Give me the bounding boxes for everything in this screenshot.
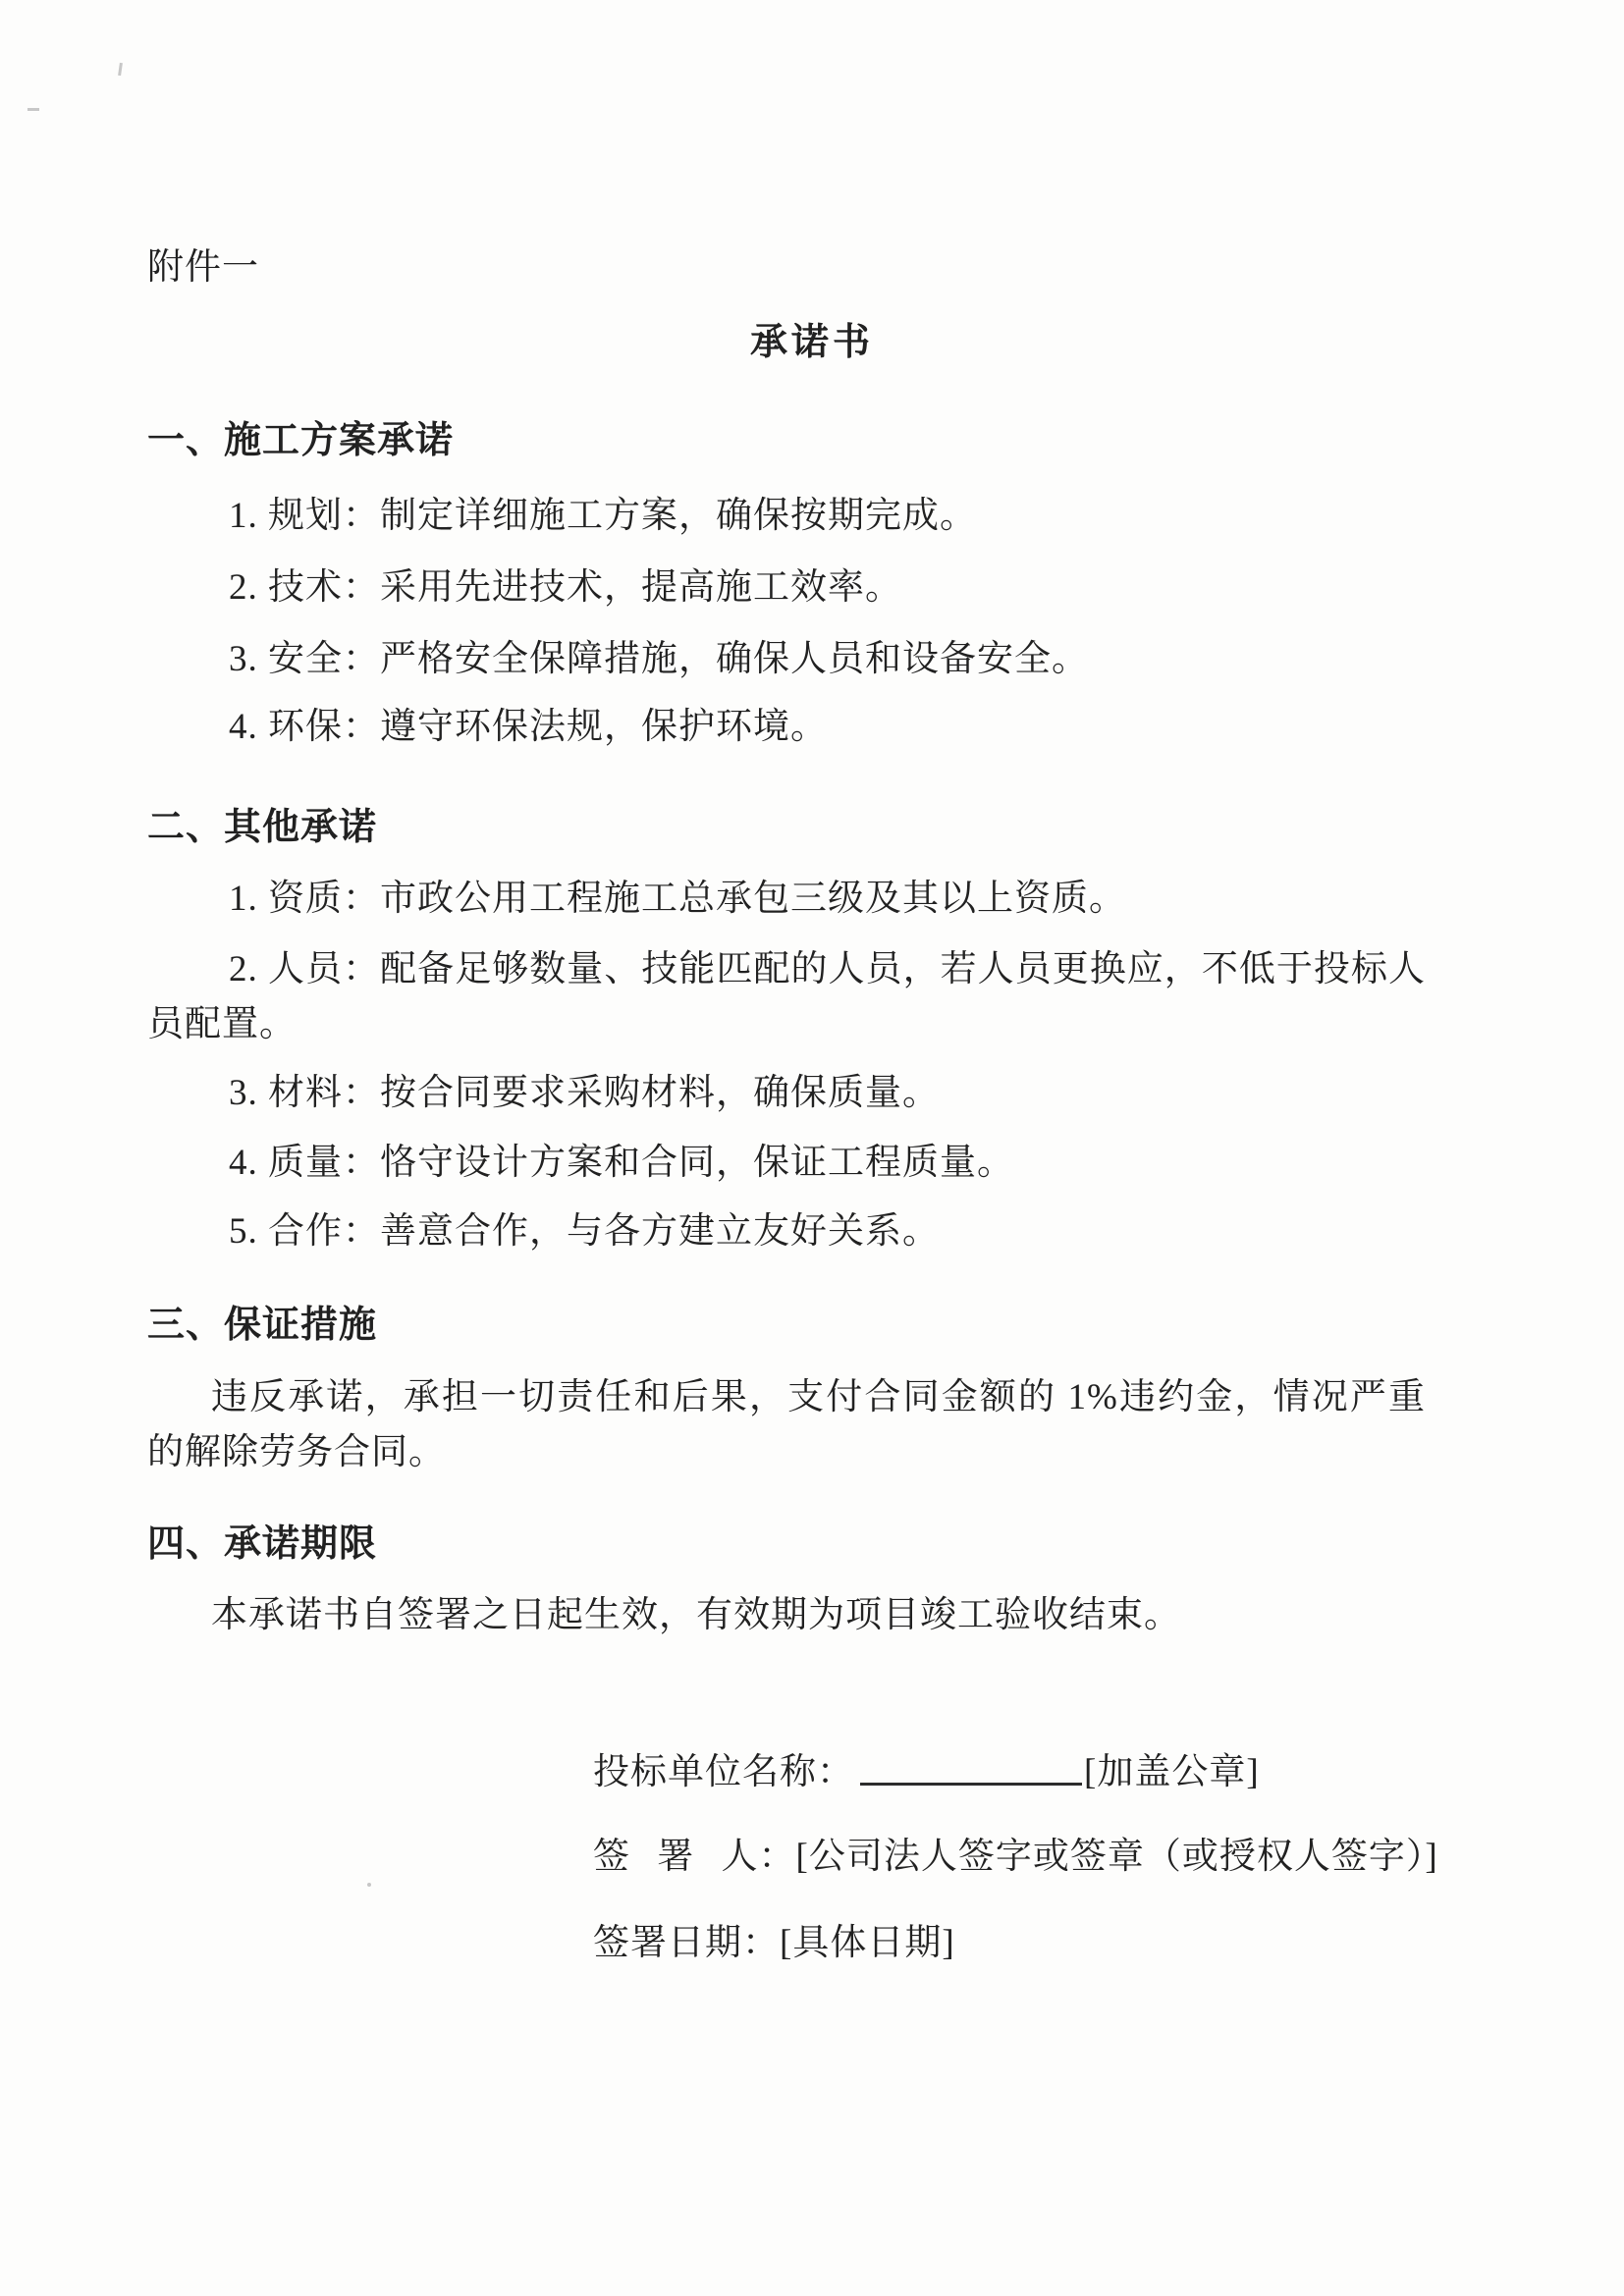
list-item: 1. 规划：制定详细施工方案，确保按期完成。 (229, 489, 977, 543)
signature-unit-line: 投标单位名称：[加盖公章] (593, 1745, 1260, 1799)
section-heading-guarantee-measures: 三、保证措施 (147, 1299, 377, 1353)
paragraph-commitment-period: 本承诺书自签署之日起生效，有效期为项目竣工验收结束。 (211, 1588, 1181, 1642)
signature-signer-line: 签 署 人：[公司法人签字或签章（或授权人签字）] (593, 1830, 1438, 1884)
company-seal-note: [加盖公章] (1084, 1752, 1260, 1792)
scan-artifact-dot (367, 1883, 371, 1887)
sign-date-label: 签署日期： (593, 1923, 780, 1963)
section-heading-other-commitments: 二、其他承诺 (147, 801, 377, 855)
blank-underline (860, 1775, 1082, 1786)
document-title: 承诺书 (0, 316, 1624, 370)
bidder-unit-label: 投标单位名称： (593, 1752, 854, 1792)
section-heading-commitment-period: 四、承诺期限 (147, 1518, 377, 1572)
sign-date-value: [具体日期] (780, 1923, 955, 1963)
document-page: 附件一 承诺书 一、施工方案承诺 1. 规划：制定详细施工方案，确保按期完成。 … (0, 0, 1624, 2296)
list-item: 2. 人员：配备足够数量、技能匹配的人员，若人员更换应，不低于投标人员配置。 (147, 942, 1426, 1052)
paragraph-guarantee-measures: 违反承诺，承担一切责任和后果，支付合同金额的 1%违约金，情况严重的解除劳务合同… (147, 1370, 1426, 1480)
section-heading-construction-plan: 一、施工方案承诺 (147, 414, 454, 468)
list-item: 4. 质量：恪守设计方案和合同，保证工程质量。 (229, 1136, 1014, 1190)
list-item: 2. 技术：采用先进技术，提高施工效率。 (229, 561, 902, 614)
scan-artifact-dash (27, 108, 39, 111)
scan-artifact-tick (118, 63, 123, 76)
list-item: 3. 安全：严格安全保障措施，确保人员和设备安全。 (229, 632, 1089, 686)
list-item: 5. 合作：善意合作，与各方建立友好关系。 (229, 1204, 940, 1258)
list-item: 4. 环保：遵守环保法规，保护环境。 (229, 700, 828, 754)
attachment-label: 附件一 (147, 240, 259, 294)
signature-date-line: 签署日期：[具体日期] (593, 1916, 955, 1970)
list-item: 3. 材料：按合同要求采购材料，确保质量。 (229, 1066, 940, 1120)
list-item: 1. 资质：市政公用工程施工总承包三级及其以上资质。 (229, 872, 1126, 926)
signer-value: [公司法人签字或签章（或授权人签字）] (796, 1837, 1438, 1877)
signer-label: 签 署 人： (593, 1837, 796, 1877)
